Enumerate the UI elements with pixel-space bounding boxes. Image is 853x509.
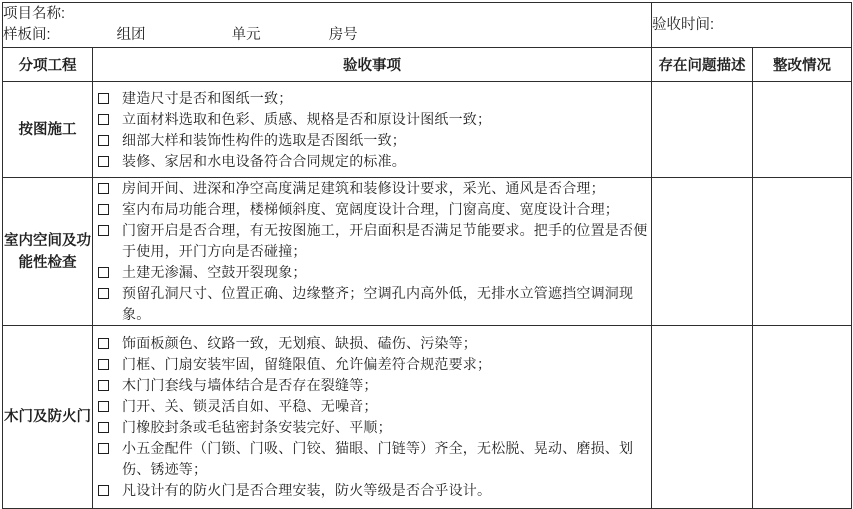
section-row: 室内空间及功能性检查房间开间、进深和净空高度满足建筑和装修设计要求，采光、通风是… [3,178,852,326]
section-label: 室内空间及功能性检查 [3,178,93,326]
header-items: 验收事项 [93,48,652,82]
rectification-cell[interactable] [753,178,852,326]
items-cell: 房间开间、进深和净空高度满足建筑和装修设计要求，采光、通风是否合理；室内布局功能… [93,178,652,326]
checkbox-icon[interactable] [98,135,109,146]
checklist-item-text: 门橡胶封条或毛毡密封条安装完好、平顺； [122,417,392,438]
section-row: 木门及防火门饰面板颜色、纹路一致，无划痕、缺损、磕伤、污染等；门框、门扇安装牢固… [3,326,852,509]
checklist-item: 房间开间、进深和净空高度满足建筑和装修设计要求，采光、通风是否合理； [93,178,651,199]
checklist-item: 木门门套线与墙体结合是否存在裂缝等； [93,375,651,396]
items-cell: 建造尺寸是否和图纸一致；立面材料选取和色彩、质感、规格是否和原设计图纸一致；细部… [93,82,652,178]
sample-room-field-group: 组团 [117,27,146,43]
checklist-item: 预留孔洞尺寸、位置正确、边缘整齐；空调孔内高外低，无排水立管遮挡空调洞现象。 [93,283,651,325]
checkbox-icon[interactable] [98,401,109,412]
checklist-item: 细部大样和装饰性构件的选取是否图纸一致； [93,130,651,151]
checklist-item-text: 小五金配件（门锁、门吸、门铰、猫眼、门链等）齐全，无松脱、晃动、磨损、划伤、锈迹… [122,438,651,480]
checkbox-icon[interactable] [98,288,109,299]
checkbox-icon[interactable] [98,359,109,370]
form-table: 项目名称: 样板间: 组团 单元 房号 验收时间: 分项工程 验收事项 存在问题… [2,2,852,509]
checklist-item: 凡设计有的防火门是否合理安装，防火等级是否合乎设计。 [93,480,651,501]
table-header-row: 分项工程 验收事项 存在问题描述 整改情况 [3,48,852,82]
checklist-item: 门窗开启是否合理，有无按图施工，开启面积是否满足节能要求。把手的位置是否便于使用… [93,220,651,262]
checklist-item-text: 建造尺寸是否和图纸一致； [122,88,292,109]
checkbox-icon[interactable] [98,114,109,125]
section-label: 木门及防火门 [3,326,93,509]
sample-room-label: 样板间: [3,27,51,43]
rectification-cell[interactable] [753,326,852,509]
project-name-label: 项目名称: [3,6,65,22]
items-cell: 饰面板颜色、纹路一致，无划痕、缺损、磕伤、污染等；门框、门扇安装牢固，留缝限值、… [93,326,652,509]
acceptance-time-label: 验收时间: [652,17,714,33]
checkbox-icon[interactable] [98,93,109,104]
checkbox-icon[interactable] [98,183,109,194]
checkbox-icon[interactable] [98,338,109,349]
header-rectification: 整改情况 [753,48,852,82]
checkbox-icon[interactable] [98,204,109,215]
checklist-item-text: 房间开间、进深和净空高度满足建筑和装修设计要求，采光、通风是否合理； [122,178,605,199]
sample-room-field-unit: 单元 [232,27,261,43]
checklist-item: 室内布局功能合理，楼梯倾斜度、宽阔度设计合理，门窗高度、宽度设计合理； [93,199,651,220]
checkbox-icon[interactable] [98,156,109,167]
info-row: 项目名称: 样板间: 组团 单元 房号 验收时间: [3,3,852,48]
rectification-cell[interactable] [753,82,852,178]
project-info-cell[interactable]: 项目名称: 样板间: 组团 单元 房号 [3,3,652,48]
sample-room-field-roomno: 房号 [329,27,358,43]
checklist-item-text: 立面材料选取和色彩、质感、规格是否和原设计图纸一致； [122,109,491,130]
checkbox-icon[interactable] [98,443,109,454]
checklist-item-text: 细部大样和装饰性构件的选取是否图纸一致； [122,130,406,151]
problem-description-cell[interactable] [652,82,753,178]
header-section: 分项工程 [3,48,93,82]
acceptance-time-cell[interactable]: 验收时间: [652,3,852,48]
checklist-item-text: 装修、家居和水电设备符合合同规定的标准。 [122,151,406,172]
checklist-item: 建造尺寸是否和图纸一致； [93,88,651,109]
checklist-item-text: 饰面板颜色、纹路一致，无划痕、缺损、磕伤、污染等； [122,333,477,354]
problem-description-cell[interactable] [652,178,753,326]
checkbox-icon[interactable] [98,422,109,433]
checklist-item-text: 凡设计有的防火门是否合理安装，防火等级是否合乎设计。 [122,480,491,501]
checklist-item-text: 门窗开启是否合理，有无按图施工，开启面积是否满足节能要求。把手的位置是否便于使用… [122,220,651,262]
acceptance-checklist-form: 项目名称: 样板间: 组团 单元 房号 验收时间: 分项工程 验收事项 存在问题… [2,2,851,498]
checklist-item: 小五金配件（门锁、门吸、门铰、猫眼、门链等）齐全，无松脱、晃动、磨损、划伤、锈迹… [93,438,651,480]
checklist-item-text: 室内布局功能合理，楼梯倾斜度、宽阔度设计合理，门窗高度、宽度设计合理； [122,199,619,220]
checklist-item-text: 预留孔洞尺寸、位置正确、边缘整齐；空调孔内高外低，无排水立管遮挡空调洞现象。 [122,283,651,325]
checklist-item: 门橡胶封条或毛毡密封条安装完好、平顺； [93,417,651,438]
checklist-item-text: 土建无渗漏、空鼓开裂现象； [122,262,307,283]
section-label: 按图施工 [3,82,93,178]
checkbox-icon[interactable] [98,225,109,236]
checklist-item: 装修、家居和水电设备符合合同规定的标准。 [93,151,651,172]
checklist-item: 门开、关、锁灵活自如、平稳、无噪音； [93,396,651,417]
checklist-item: 土建无渗漏、空鼓开裂现象； [93,262,651,283]
checkbox-icon[interactable] [98,267,109,278]
checklist-item-text: 门框、门扇安装牢固，留缝限值、允许偏差符合规范要求； [122,354,491,375]
section-row: 按图施工建造尺寸是否和图纸一致；立面材料选取和色彩、质感、规格是否和原设计图纸一… [3,82,852,178]
checkbox-icon[interactable] [98,380,109,391]
checklist-item: 立面材料选取和色彩、质感、规格是否和原设计图纸一致； [93,109,651,130]
problem-description-cell[interactable] [652,326,753,509]
checklist-item-text: 门开、关、锁灵活自如、平稳、无噪音； [122,396,378,417]
header-problems: 存在问题描述 [652,48,753,82]
checklist-item: 饰面板颜色、纹路一致，无划痕、缺损、磕伤、污染等； [93,333,651,354]
checklist-item: 门框、门扇安装牢固，留缝限值、允许偏差符合规范要求； [93,354,651,375]
checklist-item-text: 木门门套线与墙体结合是否存在裂缝等； [122,375,378,396]
checkbox-icon[interactable] [98,485,109,496]
